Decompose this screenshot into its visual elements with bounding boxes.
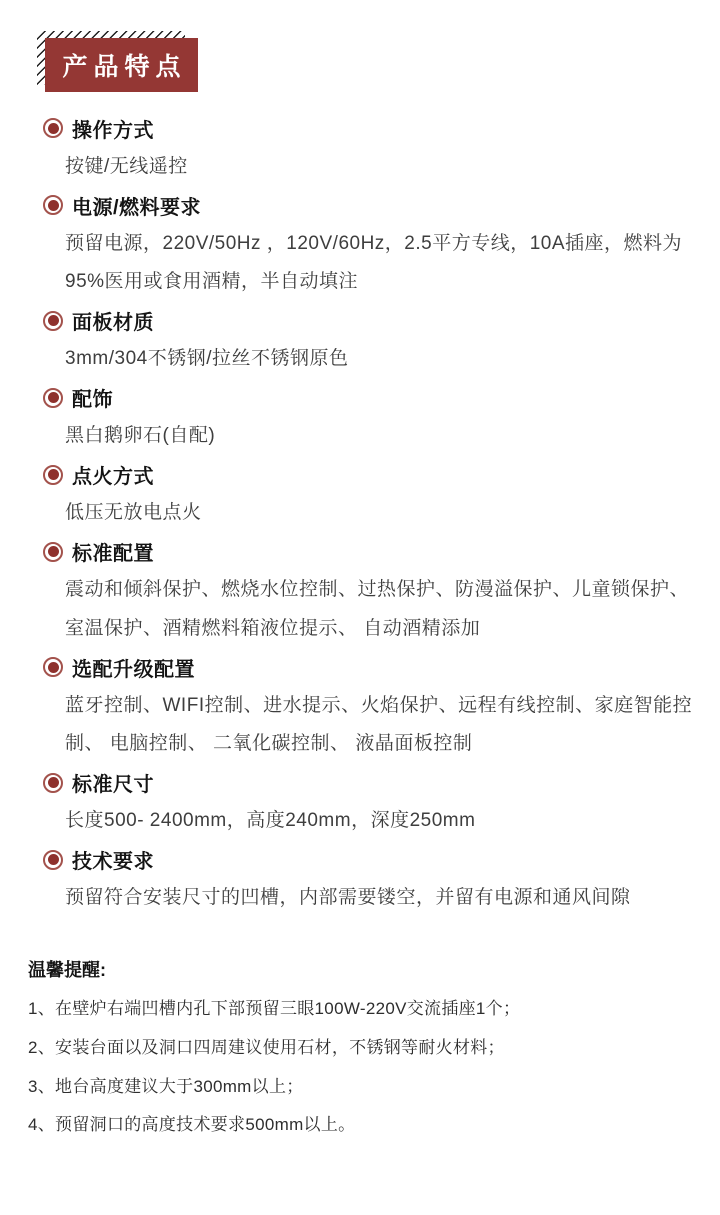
feature-head: 点火方式 — [43, 456, 697, 495]
product-features-page: 产品特点 操作方式 按键/无线遥控 电源/燃料要求 预留电源，220V/50Hz… — [0, 0, 720, 1215]
feature-list: 操作方式 按键/无线遥控 电源/燃料要求 预留电源，220V/50Hz ，120… — [43, 109, 697, 918]
feature-head: 技术要求 — [43, 841, 697, 880]
feature-item-standard-size: 标准尺寸 长度500- 2400mm，高度240mm，深度250mm — [43, 764, 697, 841]
bullet-icon — [43, 773, 63, 793]
feature-title: 操作方式 — [72, 114, 154, 143]
feature-title: 配饰 — [72, 383, 113, 412]
reminder-note: 2、安装台面以及洞口四周建议使用石材，不锈钢等耐火材料； — [28, 1029, 692, 1068]
feature-title: 电源/燃料要求 — [72, 191, 201, 220]
feature-head: 标准尺寸 — [43, 764, 697, 803]
feature-head: 标准配置 — [43, 533, 697, 572]
bullet-icon — [43, 542, 63, 562]
section-header: 产品特点 — [37, 31, 237, 92]
feature-description: 震动和倾斜保护、燃烧水位控制、过热保护、防漫溢保护、儿童锁保护、 室温保护、酒精… — [65, 571, 693, 648]
bullet-icon — [43, 465, 63, 485]
reminder-section: 温馨提醒: 1、在壁炉右端凹槽内孔下部预留三眼100W-220V交流插座1个； … — [28, 950, 692, 1145]
feature-description: 低压无放电点火 — [65, 494, 693, 533]
reminder-note: 4、预留洞口的高度技术要求500mm以上。 — [28, 1106, 692, 1145]
page-title: 产品特点 — [45, 38, 198, 92]
bullet-icon — [43, 195, 63, 215]
feature-head: 操作方式 — [43, 109, 697, 148]
feature-title: 面板材质 — [72, 306, 154, 335]
feature-item-ignition: 点火方式 低压无放电点火 — [43, 456, 697, 533]
bullet-icon — [43, 388, 63, 408]
feature-item-technical-requirements: 技术要求 预留符合安装尺寸的凹槽，内部需要镂空，并留有电源和通风间隙 — [43, 841, 697, 918]
bullet-icon — [43, 657, 63, 677]
bullet-icon — [43, 311, 63, 331]
feature-description: 预留符合安装尺寸的凹槽，内部需要镂空，并留有电源和通风间隙 — [65, 879, 693, 918]
reminder-title: 温馨提醒: — [28, 950, 692, 990]
feature-head: 面板材质 — [43, 302, 697, 341]
feature-head: 配饰 — [43, 379, 697, 418]
feature-description: 3mm/304不锈钢/拉丝不锈钢原色 — [65, 340, 693, 379]
feature-title: 点火方式 — [72, 460, 154, 489]
feature-description: 长度500- 2400mm，高度240mm，深度250mm — [65, 802, 693, 841]
feature-item-operation: 操作方式 按键/无线遥控 — [43, 109, 697, 186]
feature-item-optional-upgrade: 选配升级配置 蓝牙控制、WIFI控制、进水提示、火焰保护、远程有线控制、家庭智能… — [43, 648, 697, 764]
reminder-note: 1、在壁炉右端凹槽内孔下部预留三眼100W-220V交流插座1个； — [28, 990, 692, 1029]
feature-title: 标准尺寸 — [72, 768, 154, 797]
feature-title: 选配升级配置 — [72, 653, 195, 682]
feature-item-accessories: 配饰 黑白鹅卵石(自配) — [43, 379, 697, 456]
bullet-icon — [43, 850, 63, 870]
bullet-icon — [43, 118, 63, 138]
feature-description: 预留电源，220V/50Hz ，120V/60Hz，2.5平方专线，10A插座，… — [65, 225, 693, 302]
feature-item-standard-config: 标准配置 震动和倾斜保护、燃烧水位控制、过热保护、防漫溢保护、儿童锁保护、 室温… — [43, 533, 697, 649]
feature-title: 标准配置 — [72, 537, 154, 566]
feature-item-panel-material: 面板材质 3mm/304不锈钢/拉丝不锈钢原色 — [43, 302, 697, 379]
feature-head: 选配升级配置 — [43, 648, 697, 687]
feature-description: 按键/无线遥控 — [65, 148, 693, 187]
feature-title: 技术要求 — [72, 845, 154, 874]
feature-head: 电源/燃料要求 — [43, 186, 697, 225]
feature-item-power-fuel: 电源/燃料要求 预留电源，220V/50Hz ，120V/60Hz，2.5平方专… — [43, 186, 697, 302]
feature-description: 蓝牙控制、WIFI控制、进水提示、火焰保护、远程有线控制、家庭智能控制、 电脑控… — [65, 687, 693, 764]
feature-description: 黑白鹅卵石(自配) — [65, 417, 693, 456]
reminder-note: 3、地台高度建议大于300mm以上； — [28, 1068, 692, 1107]
